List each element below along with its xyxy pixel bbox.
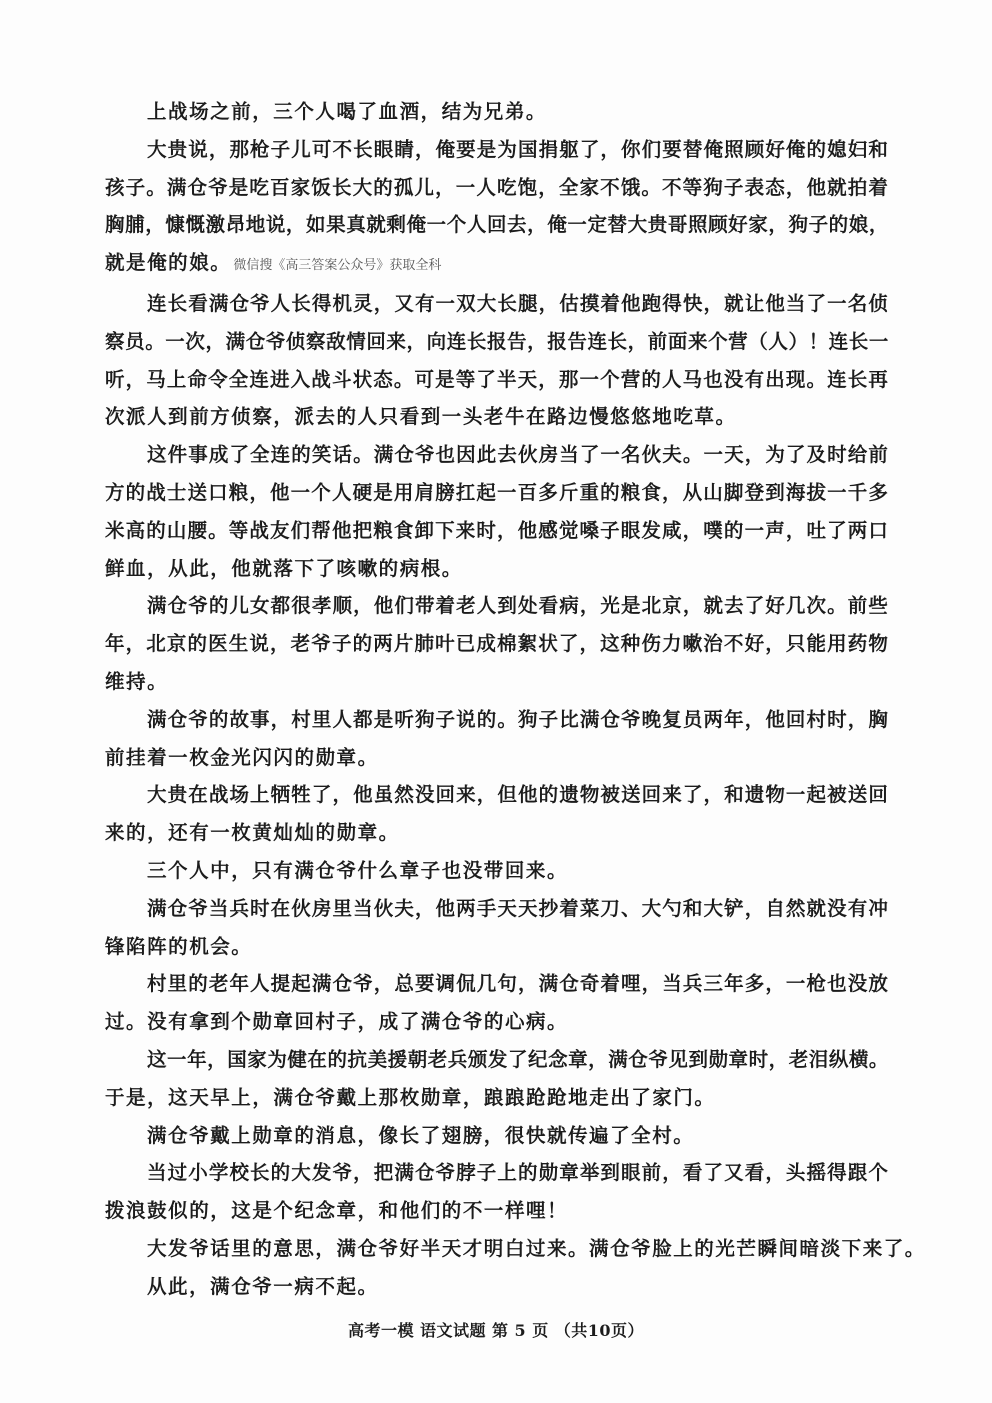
story-text: 上战场之前，三个人喝了血酒，结为兄弟。大贵说，那枪子儿可不长眼睛，俺要是为国捐躯…	[105, 93, 889, 1306]
paragraph: 大贵说，那枪子儿可不长眼睛，俺要是为国捐躯了，你们要替俺照顾好俺的媳妇和孩子。满…	[105, 131, 889, 285]
watermark-note: 微信搜《高三答案公众号》获取全科	[233, 258, 441, 273]
text-line: 过。没有拿到个勋章回村子，成了满仓爷的心病。	[105, 1003, 889, 1041]
paragraph: 大贵在战场上牺牲了，他虽然没回来，但他的遗物被送回来了，和遗物一起被送回来的，还…	[105, 776, 889, 852]
footer-exam: 高考一模	[348, 1321, 414, 1340]
line-text: 来的，还有一枚黄灿灿的勋章。	[105, 821, 400, 844]
footer-total: （共10页）	[555, 1321, 644, 1340]
text-line: 满仓爷当兵时在伙房里当伙夫，他两手天天抄着菜刀、大勺和大铲，自然就没有冲	[105, 890, 889, 928]
line-text: 胸脯，慷慨激昂地说，如果真就剩俺一个人回去，俺一定替大贵哥照顾好家，狗子的娘，	[105, 213, 889, 236]
exam-page: 上战场之前，三个人喝了血酒，结为兄弟。大贵说，那枪子儿可不长眼睛，俺要是为国捐躯…	[0, 0, 992, 1403]
paragraph: 上战场之前，三个人喝了血酒，结为兄弟。	[105, 93, 889, 131]
line-text: 于是，这天早上，满仓爷戴上那枚勋章，踉踉跄跄地走出了家门。	[105, 1086, 715, 1109]
line-text: 满仓爷戴上勋章的消息，像长了翅膀，很快就传遍了全村。	[147, 1124, 694, 1147]
text-line: 来的，还有一枚黄灿灿的勋章。	[105, 814, 889, 852]
line-text: 方的战士送口粮，他一个人硬是用肩膀扛起一百多斤重的粮食，从山脚登到海拔一千多	[105, 481, 889, 504]
line-text: 这件事成了全连的笑话。满仓爷也因此去伙房当了一名伙夫。一天，为了及时给前	[147, 443, 889, 466]
line-text: 听，马上命令全连进入战斗状态。可是等了半天，那一个营的人马也没有出现。连长再	[105, 368, 889, 391]
text-line: 年，北京的医生说，老爷子的两片肺叶已成棉絮状了，这种伤力嗽治不好，只能用药物	[105, 625, 889, 663]
text-line: 次派人到前方侦察，派去的人只看到一头老牛在路边慢悠悠地吃草。	[105, 398, 889, 436]
paragraph: 满仓爷的儿女都很孝顺，他们带着老人到处看病，光是北京，就去了好几次。前些年，北京…	[105, 587, 889, 700]
line-text: 次派人到前方侦察，派去的人只看到一头老牛在路边慢悠悠地吃草。	[105, 405, 737, 428]
text-line: 维持。	[105, 663, 889, 701]
text-line: 大发爷话里的意思，满仓爷好半天才明白过来。满仓爷脸上的光芒瞬间暗淡下来了。	[105, 1230, 889, 1268]
text-line: 胸脯，慷慨激昂地说，如果真就剩俺一个人回去，俺一定替大贵哥照顾好家，狗子的娘，	[105, 206, 889, 244]
line-text: 就是俺的娘。	[105, 251, 231, 274]
line-text: 村里的老年人提起满仓爷，总要调侃几句，满仓奇着哩，当兵三年多，一枪也没放	[147, 972, 889, 995]
line-text: 大贵说，那枪子儿可不长眼睛，俺要是为国捐躯了，你们要替俺照顾好俺的媳妇和	[147, 138, 889, 161]
line-text: 满仓爷的儿女都很孝顺，他们带着老人到处看病，光是北京，就去了好几次。前些	[147, 594, 889, 617]
line-text: 孩子。满仓爷是吃百家饭长大的孤儿，一人吃饱，全家不饿。不等狗子表态，他就拍着	[105, 176, 889, 199]
text-line: 满仓爷戴上勋章的消息，像长了翅膀，很快就传遍了全村。	[105, 1117, 889, 1155]
text-line: 锋陷阵的机会。	[105, 928, 889, 966]
paragraph: 这件事成了全连的笑话。满仓爷也因此去伙房当了一名伙夫。一天，为了及时给前方的战士…	[105, 436, 889, 587]
line-text: 维持。	[105, 670, 168, 693]
text-line: 这件事成了全连的笑话。满仓爷也因此去伙房当了一名伙夫。一天，为了及时给前	[105, 436, 889, 474]
line-text: 察员。一次，满仓爷侦察敌情回来，向连长报告，报告连长，前面来个营（人）！连长一	[105, 330, 889, 353]
text-line: 从此，满仓爷一病不起。	[105, 1268, 889, 1306]
line-text: 拨浪鼓似的，这是个纪念章，和他们的不一样哩！	[105, 1199, 568, 1222]
line-text: 从此，满仓爷一病不起。	[147, 1275, 379, 1298]
text-line: 满仓爷的儿女都很孝顺，他们带着老人到处看病，光是北京，就去了好几次。前些	[105, 587, 889, 625]
text-line: 大贵在战场上牺牲了，他虽然没回来，但他的遗物被送回来了，和遗物一起被送回	[105, 776, 889, 814]
paragraph: 村里的老年人提起满仓爷，总要调侃几句，满仓奇着哩，当兵三年多，一枪也没放过。没有…	[105, 965, 889, 1041]
text-line: 就是俺的娘。微信搜《高三答案公众号》获取全科	[105, 244, 889, 285]
text-line: 鲜血，从此，他就落下了咳嗽的病根。	[105, 550, 889, 588]
line-text: 满仓爷当兵时在伙房里当伙夫，他两手天天抄着菜刀、大勺和大铲，自然就没有冲	[147, 897, 889, 920]
text-line: 孩子。满仓爷是吃百家饭长大的孤儿，一人吃饱，全家不饿。不等狗子表态，他就拍着	[105, 169, 889, 207]
text-line: 察员。一次，满仓爷侦察敌情回来，向连长报告，报告连长，前面来个营（人）！连长一	[105, 323, 889, 361]
paragraph: 这一年，国家为健在的抗美援朝老兵颁发了纪念章，满仓爷见到勋章时，老泪纵横。于是，…	[105, 1041, 889, 1117]
text-line: 当过小学校长的大发爷，把满仓爷脖子上的勋章举到眼前，看了又看，头摇得跟个	[105, 1154, 889, 1192]
paragraph: 当过小学校长的大发爷，把满仓爷脖子上的勋章举到眼前，看了又看，头摇得跟个拨浪鼓似…	[105, 1154, 889, 1230]
line-text: 这一年，国家为健在的抗美援朝老兵颁发了纪念章，满仓爷见到勋章时，老泪纵横。	[147, 1048, 889, 1071]
line-text: 上战场之前，三个人喝了血酒，结为兄弟。	[147, 100, 547, 123]
text-line: 听，马上命令全连进入战斗状态。可是等了半天，那一个营的人马也没有出现。连长再	[105, 361, 889, 399]
line-text: 三个人中，只有满仓爷什么章子也没带回来。	[147, 859, 568, 882]
line-text: 鲜血，从此，他就落下了咳嗽的病根。	[105, 557, 463, 580]
text-line: 三个人中，只有满仓爷什么章子也没带回来。	[105, 852, 889, 890]
line-text: 大贵在战场上牺牲了，他虽然没回来，但他的遗物被送回来了，和遗物一起被送回	[147, 783, 889, 806]
line-text: 大发爷话里的意思，满仓爷好半天才明白过来。满仓爷脸上的光芒瞬间暗淡下来了。	[147, 1237, 926, 1260]
text-line: 上战场之前，三个人喝了血酒，结为兄弟。	[105, 93, 889, 131]
paragraph: 满仓爷戴上勋章的消息，像长了翅膀，很快就传遍了全村。	[105, 1117, 889, 1155]
text-line: 这一年，国家为健在的抗美援朝老兵颁发了纪念章，满仓爷见到勋章时，老泪纵横。	[105, 1041, 889, 1079]
line-text: 过。没有拿到个勋章回村子，成了满仓爷的心病。	[105, 1010, 568, 1033]
line-text: 当过小学校长的大发爷，把满仓爷脖子上的勋章举到眼前，看了又看，头摇得跟个	[147, 1161, 889, 1184]
line-text: 满仓爷的故事，村里人都是听狗子说的。狗子比满仓爷晚复员两年，他回村时，胸	[147, 708, 889, 731]
text-line: 于是，这天早上，满仓爷戴上那枚勋章，踉踉跄跄地走出了家门。	[105, 1079, 889, 1117]
paragraph: 满仓爷当兵时在伙房里当伙夫，他两手天天抄着菜刀、大勺和大铲，自然就没有冲锋陷阵的…	[105, 890, 889, 966]
text-line: 方的战士送口粮，他一个人硬是用肩膀扛起一百多斤重的粮食，从山脚登到海拔一千多	[105, 474, 889, 512]
text-line: 米高的山腰。等战友们帮他把粮食卸下来时，他感觉嗓子眼发咸，噗的一声，吐了两口	[105, 512, 889, 550]
text-line: 前挂着一枚金光闪闪的勋章。	[105, 739, 889, 777]
text-line: 满仓爷的故事，村里人都是听狗子说的。狗子比满仓爷晚复员两年，他回村时，胸	[105, 701, 889, 739]
page-footer: 高考一模语文试题第 5 页（共10页）	[0, 1318, 992, 1341]
line-text: 米高的山腰。等战友们帮他把粮食卸下来时，他感觉嗓子眼发咸，噗的一声，吐了两口	[105, 519, 889, 542]
line-text: 年，北京的医生说，老爷子的两片肺叶已成棉絮状了，这种伤力嗽治不好，只能用药物	[105, 632, 889, 655]
paragraph: 从此，满仓爷一病不起。	[105, 1268, 889, 1306]
paragraph: 连长看满仓爷人长得机灵，又有一双大长腿，估摸着他跑得快，就让他当了一名侦察员。一…	[105, 285, 889, 436]
paragraph: 三个人中，只有满仓爷什么章子也没带回来。	[105, 852, 889, 890]
line-text: 前挂着一枚金光闪闪的勋章。	[105, 746, 379, 769]
footer-page: 第 5 页	[492, 1321, 549, 1340]
line-text: 连长看满仓爷人长得机灵，又有一双大长腿，估摸着他跑得快，就让他当了一名侦	[147, 292, 889, 315]
text-line: 连长看满仓爷人长得机灵，又有一双大长腿，估摸着他跑得快，就让他当了一名侦	[105, 285, 889, 323]
text-line: 村里的老年人提起满仓爷，总要调侃几句，满仓奇着哩，当兵三年多，一枪也没放	[105, 965, 889, 1003]
text-line: 大贵说，那枪子儿可不长眼睛，俺要是为国捐躯了，你们要替俺照顾好俺的媳妇和	[105, 131, 889, 169]
paragraph: 大发爷话里的意思，满仓爷好半天才明白过来。满仓爷脸上的光芒瞬间暗淡下来了。	[105, 1230, 889, 1268]
footer-subject: 语文试题	[420, 1321, 486, 1340]
text-line: 拨浪鼓似的，这是个纪念章，和他们的不一样哩！	[105, 1192, 889, 1230]
paragraph: 满仓爷的故事，村里人都是听狗子说的。狗子比满仓爷晚复员两年，他回村时，胸前挂着一…	[105, 701, 889, 777]
line-text: 锋陷阵的机会。	[105, 935, 252, 958]
